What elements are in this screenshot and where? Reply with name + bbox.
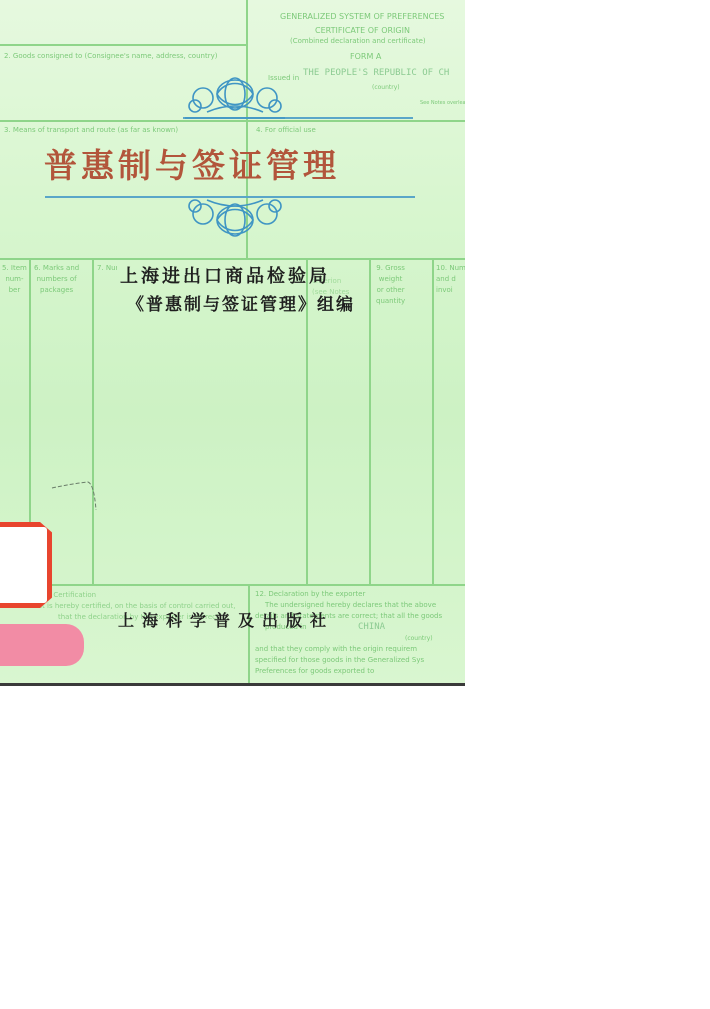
author-line1: 上海进出口商品检验局 bbox=[120, 262, 330, 288]
form-name: FORM A bbox=[350, 52, 381, 61]
field9-label: 9. Grossweightor otherquantity bbox=[376, 263, 405, 307]
field2-label: 2. Goods consigned to (Consignee's name,… bbox=[4, 52, 217, 60]
field12-text: 12. Declaration by the exporter The unde… bbox=[255, 589, 442, 677]
country-caption: (country) bbox=[372, 84, 400, 91]
form-rule bbox=[92, 258, 94, 584]
ornament-top-icon bbox=[185, 72, 285, 120]
library-call-number-label bbox=[0, 522, 52, 608]
form-rule bbox=[248, 584, 250, 686]
form-rule bbox=[0, 120, 465, 122]
field5-label: 5. Itemnum-ber bbox=[2, 263, 27, 296]
form-rule bbox=[432, 258, 434, 584]
field12-country: CHINA bbox=[358, 622, 385, 632]
book-title: 普惠制与签证管理 bbox=[44, 140, 340, 187]
pencil-mark-icon bbox=[50, 480, 100, 520]
field7-label: 7. Number and kind of packages; descript… bbox=[97, 263, 117, 274]
field10-label: 10. Numand dinvoi bbox=[436, 263, 465, 296]
form-rule bbox=[0, 584, 465, 586]
form-rule bbox=[369, 258, 371, 584]
see-notes: See Notes overleaf bbox=[420, 100, 465, 106]
author-line2: 《普惠制与签证管理》组编 bbox=[127, 290, 355, 315]
field4-label: 4. For official use bbox=[256, 126, 316, 134]
form-rule bbox=[0, 44, 248, 46]
issued-in-value: THE PEOPLE'S REPUBLIC OF CH bbox=[303, 68, 449, 78]
form-header-line1: GENERALIZED SYSTEM OF PREFERENCES bbox=[280, 12, 444, 21]
form-header-line2: CERTIFICATE OF ORIGIN bbox=[315, 26, 410, 35]
ornament-bottom-icon bbox=[185, 192, 285, 244]
field3-label: 3. Means of transport and route (as far … bbox=[4, 126, 178, 134]
form-header-line3: (Combined declaration and certificate) bbox=[290, 37, 426, 45]
form-rule bbox=[0, 258, 465, 260]
field6-label: 6. Marks andnumbers ofpackages bbox=[34, 263, 79, 296]
publisher: 上海科学普及出版社 bbox=[118, 608, 334, 631]
library-pink-tab bbox=[0, 624, 84, 666]
book-cover: GENERALIZED SYSTEM OF PREFERENCES CERTIF… bbox=[0, 0, 465, 686]
